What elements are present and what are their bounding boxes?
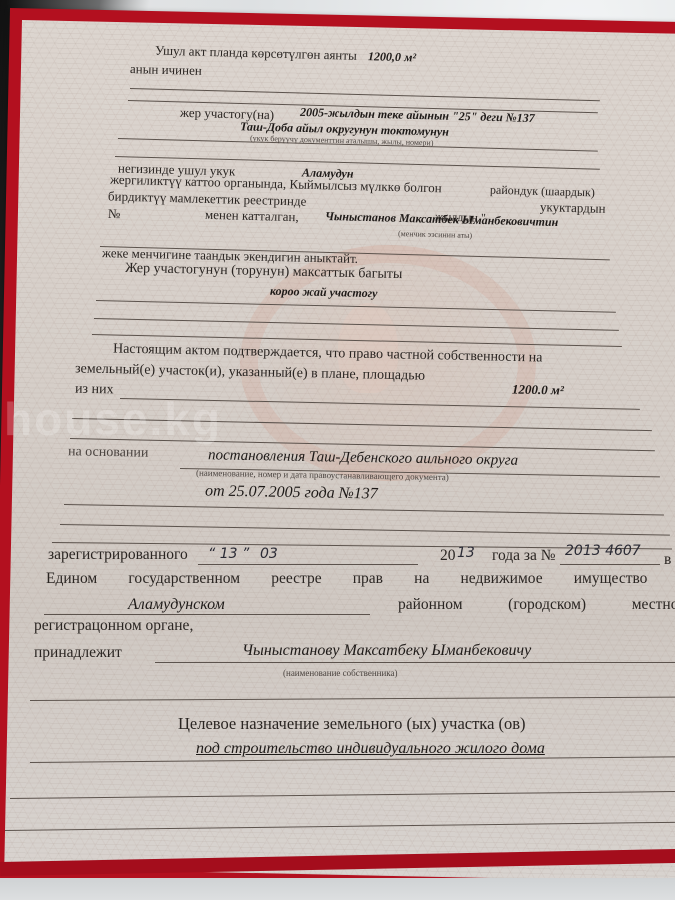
word: имущество	[574, 570, 648, 588]
purpose-label-ru: Целевое назначение земельного (ых) участ…	[178, 714, 526, 734]
area-value-ru: 1200.0 м²	[512, 381, 564, 398]
reg-year-suffix-ru: 13	[457, 545, 475, 561]
word: районном	[398, 596, 463, 614]
area-unit-ru: м²	[551, 382, 564, 397]
background-surface	[0, 878, 675, 900]
rule-line	[96, 300, 616, 313]
belongs-label-ru: принадлежит	[34, 644, 122, 662]
rule-line	[30, 697, 675, 701]
district-value-ru: Аламудунском	[128, 596, 225, 614]
confirm-line2-ru: земельный(е) участок(и), указанный(е) в …	[75, 361, 425, 384]
purpose-label-ky: Жер участогунун (торунун) максаттык багы…	[125, 261, 403, 283]
owner-value-ru: Чыныстанову Максатбеку Ыманбековичу	[242, 642, 531, 660]
site-watermark: house.kg	[4, 392, 222, 446]
owner-genitive-ky: Чыныстанов Максатбек Ыманбековичтин	[325, 209, 559, 230]
area-value-ky: 1200,0	[368, 49, 401, 64]
owner-caption-ru: (наименование собственника)	[283, 668, 398, 678]
reg-month-ru: 03	[260, 546, 278, 562]
rule-line	[5, 822, 675, 831]
registry-line1-right-ky: райондук (шаардык)	[490, 183, 595, 201]
rule-line	[155, 662, 675, 663]
reg-day-value: 13	[220, 546, 238, 562]
word: недвижимое	[461, 570, 543, 588]
number-sign-ky: №	[108, 206, 121, 222]
word: Едином	[46, 570, 97, 588]
area-prefix-ky: Ушул акт планда көрсөтүлгөн аянты	[155, 43, 357, 63]
word: реестре	[271, 570, 321, 588]
rule-line	[130, 88, 600, 101]
organ-line-ru: регистрацонном органе,	[34, 617, 193, 635]
registered-label-ru: зарегистрированного	[48, 546, 188, 564]
certificate-text: Ушул акт планда көрсөтүлгөн аянты 1200,0…	[0, 0, 675, 900]
reg-day-ru: “ 13 ”	[208, 546, 249, 562]
reg-in-ru: в	[664, 551, 671, 569]
registered-with-ky: менен катталган,	[205, 207, 299, 225]
purpose-value-ru: под строительство индивидуального жилого…	[196, 740, 545, 758]
word: (городском)	[508, 596, 586, 614]
basis-label-ru: на основании	[68, 444, 149, 461]
reg-number-label-ru: года за №	[492, 547, 556, 565]
district-suffix-ru: районном (городском) местном	[398, 596, 675, 614]
reg-year-prefix-ru: 20	[440, 547, 456, 565]
rule-line	[10, 791, 675, 799]
rule-line	[94, 318, 619, 331]
registry-line-ru: Едином государственном реестре прав на н…	[46, 570, 675, 588]
word: на	[414, 570, 429, 588]
word: местном	[632, 596, 675, 614]
rule-line	[560, 564, 660, 565]
rule-line	[60, 524, 670, 536]
owner-caption-ky: (менчик ээсинин аты)	[398, 229, 472, 240]
reg-number-ru: 2013 4607	[565, 543, 641, 559]
word: прав	[353, 570, 383, 588]
area-unit-ky: м²	[404, 50, 416, 64]
purpose-value-ky: короо жай участогу	[270, 284, 378, 301]
rule-line	[64, 504, 664, 515]
basis-caption-ru: (наименование, номер и дата правоустанав…	[196, 468, 449, 482]
rule-line	[198, 564, 418, 565]
rule-line	[44, 614, 370, 615]
area-number-ru: 1200.0	[512, 381, 548, 397]
basis-value-ru: постановления Таш-Дебенского аильного ок…	[208, 447, 518, 469]
of-them-ky: анын ичинен	[130, 61, 202, 79]
word: государственном	[128, 570, 240, 588]
basis-date-ru: от 25.07.2005 года №137	[205, 482, 378, 503]
